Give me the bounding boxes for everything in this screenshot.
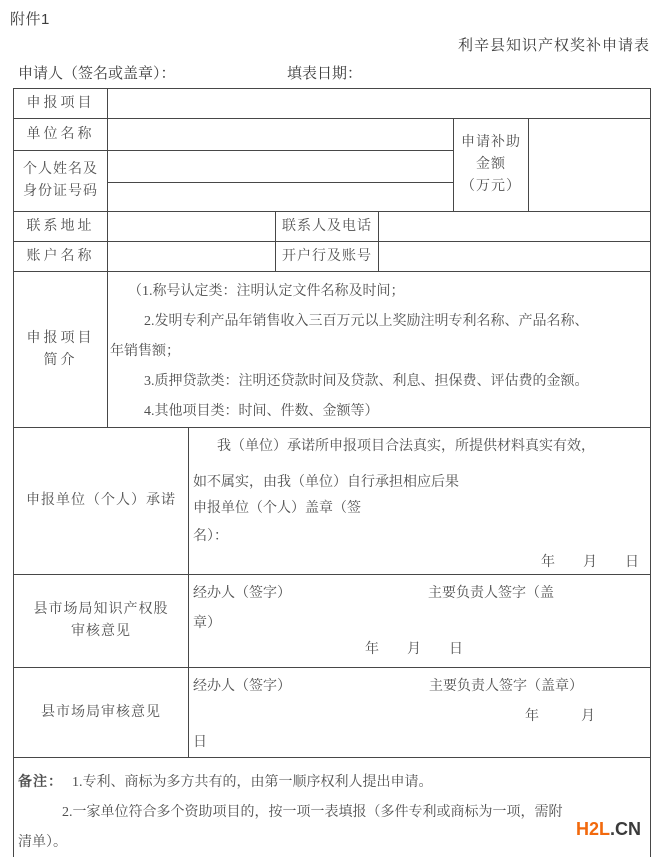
notes-line-3: 清单）。 [18,828,646,857]
project-value-cell [108,89,651,119]
unit-name-label: 单位名称 [14,119,108,151]
row-project: 申报项目 [14,89,651,119]
row-notes: 备注：1.专利、商标为多方共有的，由第一顺序权利人提出申请。 2.一家单位符合多… [14,758,651,857]
address-label: 联系地址 [14,212,108,242]
bureau-review-director-label: 主要负责人签字（盖章） [429,677,583,697]
project-intro-content: （1.称号认定类：注明认定文件名称及时间； 2.发明专利产品年销售收入三百万元以… [108,272,651,428]
notes-text-1: 1.专利、商标为多方共有的，由第一顺序权利人提出申请。 [72,775,433,790]
bank-account-label: 开户行及账号 [276,242,379,272]
account-name-value-cell [108,242,276,272]
commitment-label: 申报单位（个人）承诺 [14,428,189,575]
page-title: 利辛县知识产权奖补申请表 [458,34,650,55]
personal-name-id-label: 个人姓名及 身份证号码 [14,151,108,212]
notes-content: 备注：1.专利、商标为多方共有的，由第一顺序权利人提出申请。 2.一家单位符合多… [14,758,651,857]
row-unit-name: 单位名称 申请补助 金额 （万元） [14,119,651,151]
unit-name-value-cell [108,119,454,151]
ip-section-review-content: 经办人（签字） 主要负责人签字（盖 章） 年 月 日 [189,575,651,668]
ip-review-director-label: 主要负责人签字（盖 [428,584,554,604]
bureau-review-handler-label: 经办人（签字） [193,677,291,697]
intro-line-5: 4.其他项目类：时间、件数、金额等） [110,397,648,427]
commitment-line-1: 我（单位）承诺所申报项目合法真实，所提供材料真实有效， [217,437,595,457]
subsidy-amount-value-cell [529,119,651,212]
ip-review-date-line: 年 月 日 [365,640,463,660]
row-address: 联系地址 联系人及电话 [14,212,651,242]
contact-label: 联系人及电话 [276,212,379,242]
commitment-line-2: 如不属实，由我（单位）自行承担相应后果 [193,473,459,493]
bank-account-value-cell [379,242,651,272]
site-watermark-logo: H2L.CN [572,818,641,840]
contact-value-cell [379,212,651,242]
attachment-label: 附件1 [10,8,50,29]
account-name-label: 账户名称 [14,242,108,272]
form-page: 附件1 利辛县知识产权奖补申请表 申请人（签名或盖章）： 填表日期： 申报项目 … [0,0,660,857]
intro-line-2: 2.发明专利产品年销售收入三百万元以上奖励注明专利名称、产品名称、 [110,307,648,337]
project-label: 申报项目 [14,89,108,119]
row-account: 账户名称 开户行及账号 [14,242,651,272]
commitment-date-line: 年 月 日 [541,553,639,573]
bureau-review-date-line: 年 月 [525,707,595,727]
personal-name-value-cell [108,151,454,183]
row-project-intro: 申报项目 简介 （1.称号认定类：注明认定文件名称及时间； 2.发明专利产品年销… [14,272,651,428]
ip-review-director-label-wrap: 章） [193,614,221,634]
applicant-signature-label: 申请人（签名或盖章）： [18,62,176,83]
commitment-seal-label: 申报单位（个人）盖章（签 [193,499,361,519]
commitment-content: 我（单位）承诺所申报项目合法真实，所提供材料真实有效， 如不属实，由我（单位）自… [189,428,651,575]
row-bureau-review: 县市场局审核意见 经办人（签字） 主要负责人签字（盖章） 年 月 日 [14,668,651,758]
commitment-seal-label-wrap: 名）： [193,527,228,547]
address-value-cell [108,212,276,242]
notes-line-2: 2.一家单位符合多个资助项目的，按一项一表填报（多件专利或商标为一项，需附 [18,798,646,828]
personal-id-value-cell [108,183,454,212]
bureau-review-content: 经办人（签字） 主要负责人签字（盖章） 年 月 日 [189,668,651,758]
intro-line-1: （1.称号认定类：注明认定文件名称及时间； [110,277,648,307]
subsidy-amount-label: 申请补助 金额 （万元） [454,119,529,212]
logo-secondary-text: .CN [610,819,641,839]
bureau-review-date-line-wrap: 日 [193,733,207,753]
intro-line-3: 年销售额； [110,337,648,367]
logo-primary-text: H2L [576,819,610,839]
notes-line-1: 备注：1.专利、商标为多方共有的，由第一顺序权利人提出申请。 [18,768,646,798]
bureau-review-label: 县市场局审核意见 [14,668,189,758]
project-intro-label: 申报项目 简介 [14,272,108,428]
row-ip-section-review: 县市场局知识产权股 审核意见 经办人（签字） 主要负责人签字（盖 章） 年 月 … [14,575,651,668]
fill-date-label: 填表日期： [287,62,362,83]
intro-line-4: 3.质押贷款类：注明还贷款时间及贷款、利息、担保费、评估费的金额。 [110,367,648,397]
ip-review-handler-label: 经办人（签字） [193,584,291,604]
application-form-table: 申报项目 单位名称 申请补助 金额 （万元） 个人姓名及 身份证号码 联系地址 … [13,88,651,857]
notes-label: 备注： [18,775,63,790]
row-commitment: 申报单位（个人）承诺 我（单位）承诺所申报项目合法真实，所提供材料真实有效， 如… [14,428,651,575]
ip-section-review-label: 县市场局知识产权股 审核意见 [14,575,189,668]
